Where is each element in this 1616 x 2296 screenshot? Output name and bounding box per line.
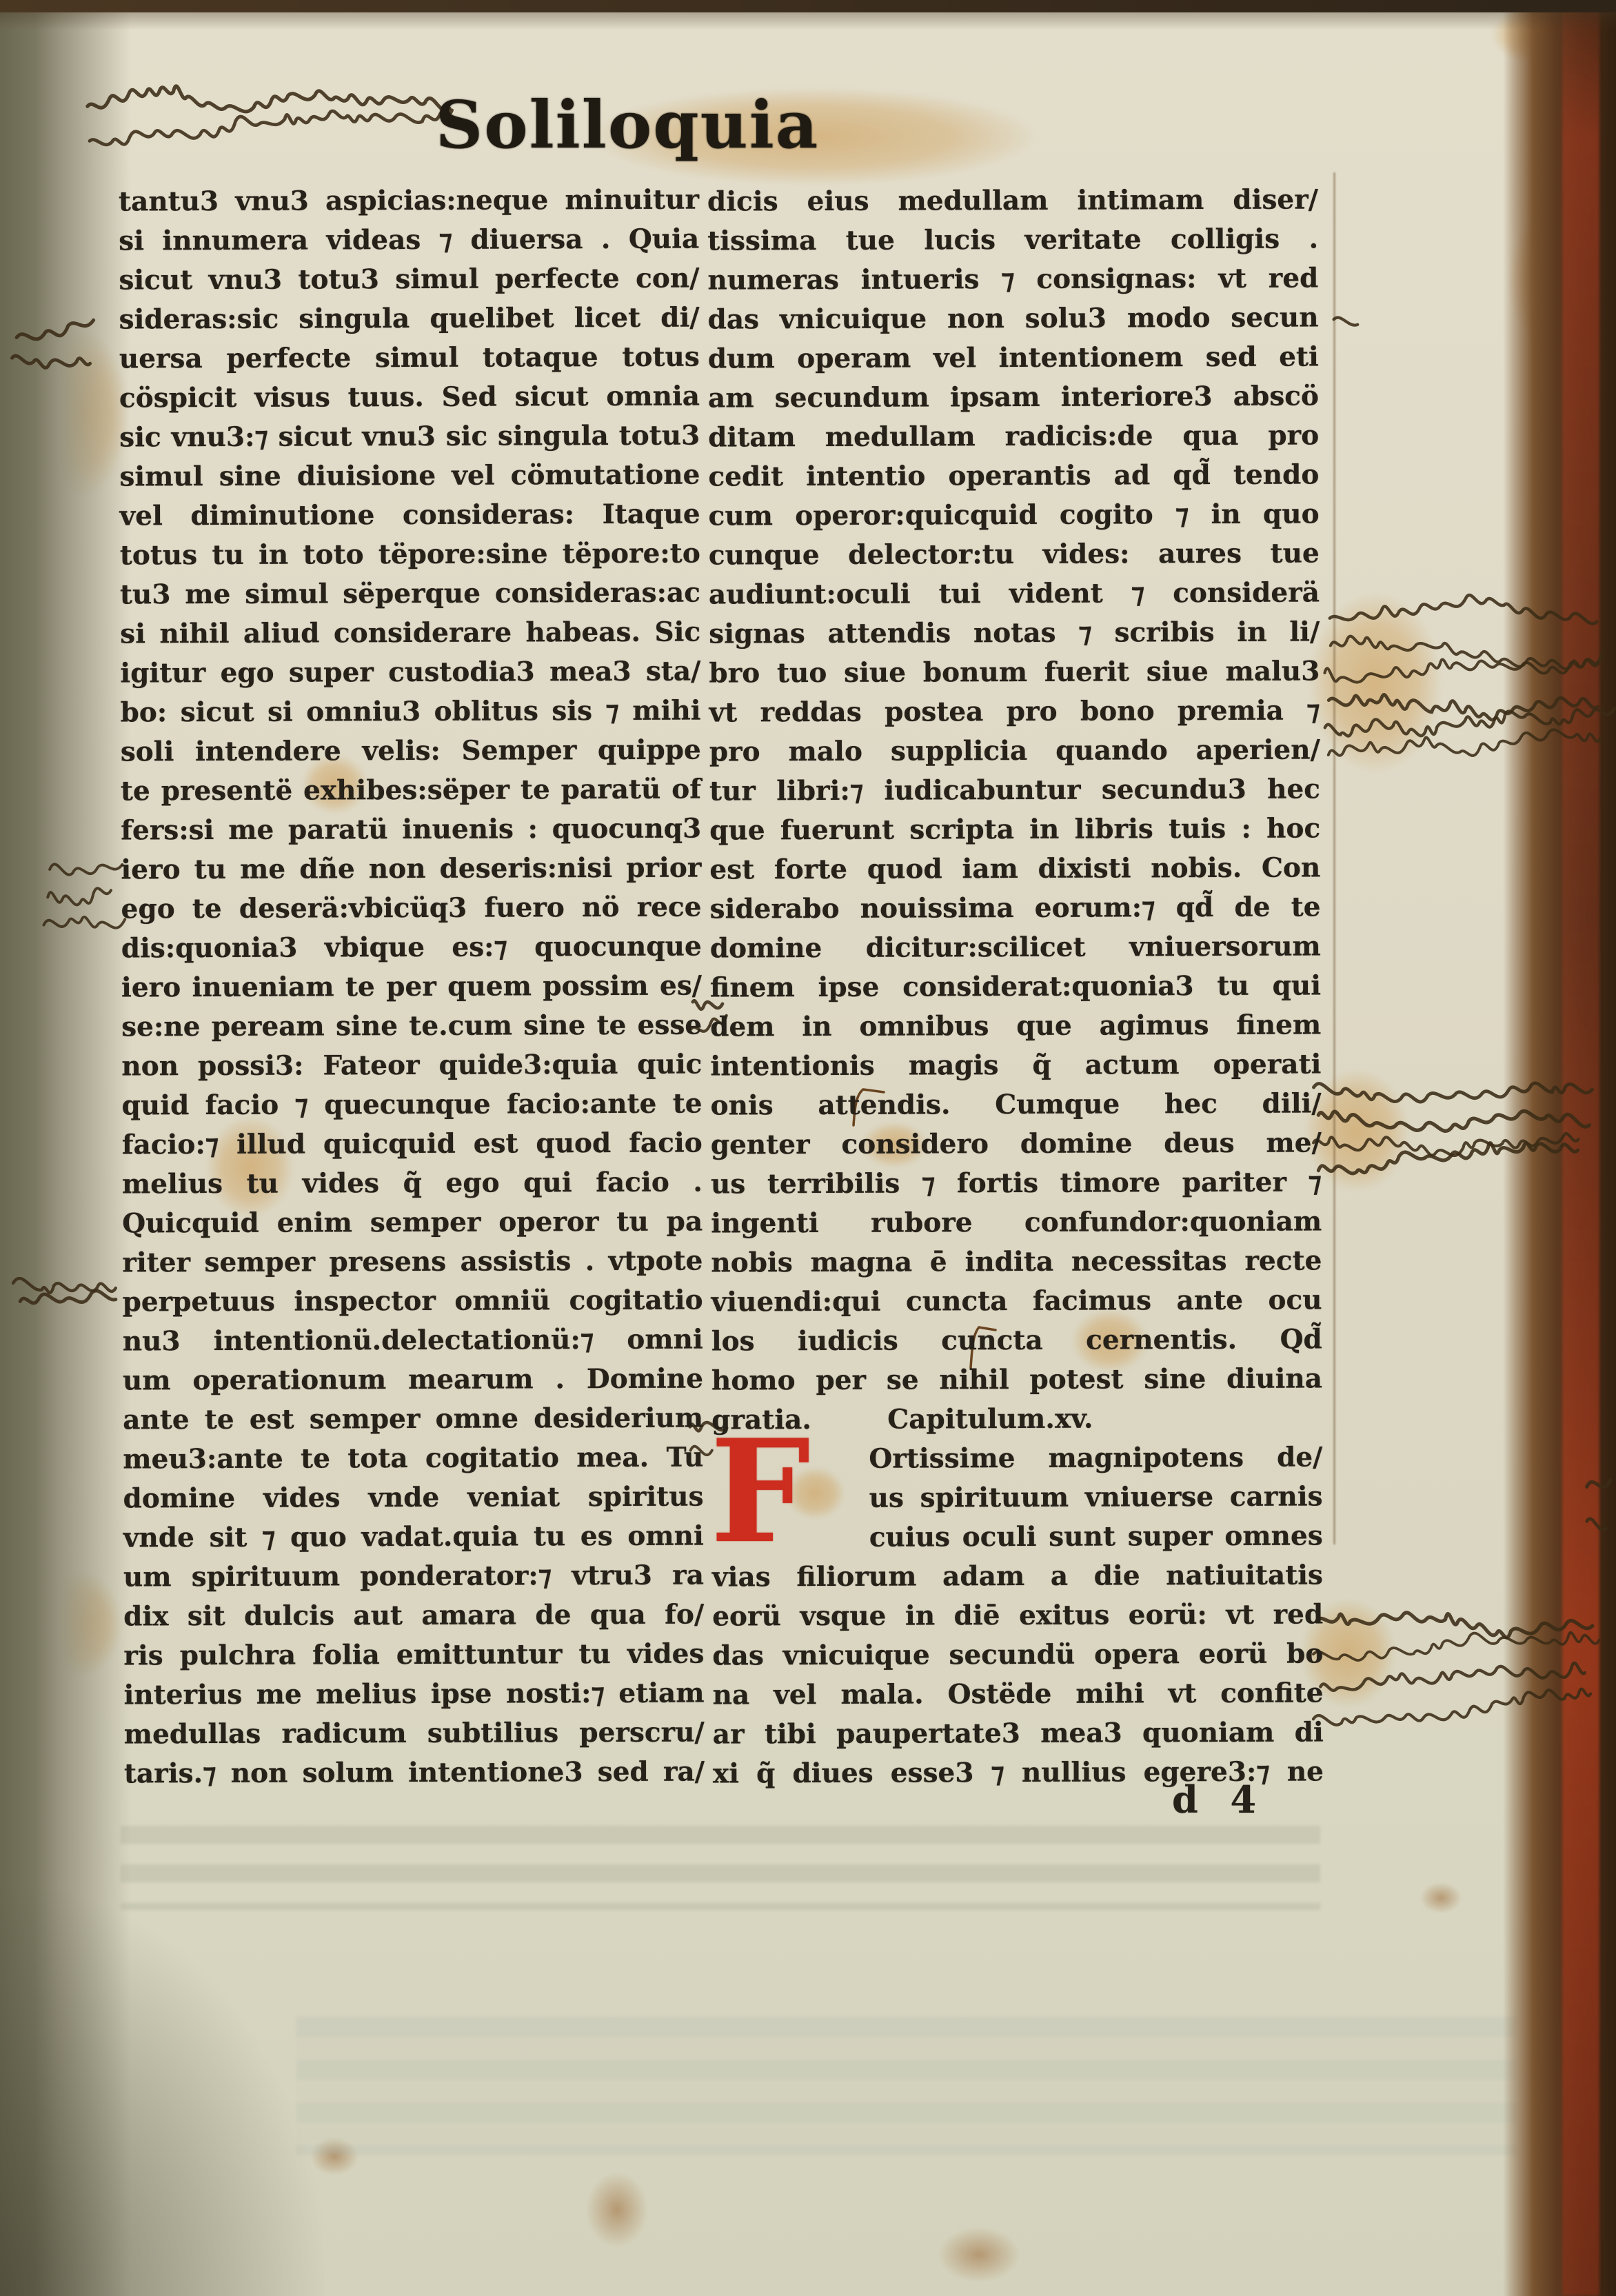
foxing-speck (1420, 1882, 1462, 1913)
text-line: ego te deserä:vbicüq3 fuero nö rece (121, 892, 702, 933)
signature-mark: d 4 (1172, 1778, 1266, 1822)
margin-mark-left-1 (6, 323, 92, 371)
show-through-band (296, 2017, 1517, 2155)
text-line: tantu3 vnu3 aspicias:neque minuitur (119, 184, 699, 225)
text-line: taris.⁊ non solum intentione3 sed ra/ (124, 1756, 705, 1797)
text-line: quid facio ⁊ quecunque facio:ante te (121, 1088, 702, 1129)
margin-flourish (1577, 1462, 1612, 1543)
text-line: si innumera videas ⁊ diuersa . Quia (119, 223, 699, 265)
text-line: totus tu in toto tëpore:sine tëpore:to (120, 538, 700, 579)
left-column: tantu3 vnu3 aspicias:neque minuitursi in… (119, 184, 705, 1797)
text-line: medullas radicum subtilius perscru/ (124, 1717, 705, 1758)
chapter-initial: F (710, 1429, 855, 1567)
text-line: iero inueniam te per quem possim es/ (121, 970, 702, 1011)
text-line: cedit intentio operantis ad qd̃ tendo (708, 459, 1319, 500)
text-line: meu3:ante te tota cogitatio mea. Tu (123, 1442, 703, 1483)
text-line: audiunt:oculi tui vident ⁊ considerä (709, 576, 1320, 618)
text-line: perpetuus inspector omniü cogitatio (122, 1285, 703, 1326)
text-line: te presentë exhibes:sëper te paratü of (121, 774, 701, 815)
text-line: que fuerunt scripta in libris tuis : hoc (709, 812, 1320, 854)
text-line: am secundum ipsam interiore3 abscö (708, 380, 1319, 421)
text-line: facio:⁊ illud quicquid est quod facio (122, 1127, 703, 1169)
text-line: non possi3: Fateor quide3:quia quic (121, 1049, 702, 1090)
right-column-lines: dicis eius medullam intimam diser/tissim… (707, 183, 1322, 1404)
margin-note-right-2 (1309, 1067, 1588, 1188)
text-line: est forte quod iam dixisti nobis. Con (709, 852, 1320, 893)
text-line: dicis eius medullam intimam diser/ (707, 183, 1318, 225)
text-line: genter considero domine deus me/ (711, 1127, 1322, 1168)
text-line: si nihil aliud considerare habeas. Sic (120, 616, 700, 658)
page-top-edge (0, 0, 1616, 12)
text-line: das vnicuique non solu3 modo secun (708, 301, 1319, 343)
text-line: domine dicitur:scilicet vniuersorum (710, 930, 1321, 971)
text-line: ditam medullam radicis:de qua pro (708, 419, 1319, 461)
text-line: uersa perfecte simul totaque totus (119, 341, 700, 383)
text-line: pro malo supplicia quando aperien/ (709, 734, 1320, 775)
page-top-shadow (0, 12, 1616, 30)
foxing-speck (586, 2172, 648, 2248)
text-line: interius me melius ipse nosti:⁊ etiam (123, 1678, 704, 1719)
text-line: cunque delector:tu vides: aures tue (709, 537, 1320, 578)
text-line: vel diminutione consideras: Itaque (120, 499, 700, 540)
text-line: um operationum mearum . Domine (123, 1363, 703, 1404)
margin-mark-left-3 (8, 1270, 112, 1313)
text-line: igitur ego super custodia3 mea3 sta/ (120, 656, 700, 697)
text-line: vnde sit ⁊ quo vadat.quia tu es omni (123, 1520, 704, 1562)
page-title: Soliloquia (434, 87, 820, 163)
text-line: ris pulchra folia emittuntur tu vides (123, 1638, 704, 1680)
text-line: bro tuo siue bonum fuerit siue malu3 (709, 655, 1320, 696)
text-line: das vnicuique secundü opera eorü bo (712, 1638, 1323, 1679)
left-column-lines: tantu3 vnu3 aspicias:neque minuitursi in… (119, 184, 705, 1797)
text-line: tur libri:⁊ iudicabuntur secundu3 hec (709, 773, 1320, 814)
leaf-edge-line (1333, 172, 1335, 1544)
text-line: finem ipse considerat:quonia3 tu qui (710, 969, 1321, 1011)
margin-flourish (1322, 295, 1351, 341)
text-line: numeras intueris ⁊ consignas: vt red (707, 262, 1318, 303)
text-line: Quicquid enim semper operor tu pa (122, 1206, 703, 1247)
text-line: signas attendis notas ⁊ scribis in li/ (709, 616, 1320, 657)
bottom-left-shadow (0, 1889, 324, 2296)
text-line: dum operam vel intentionem sed eti (708, 341, 1319, 382)
text-line: fers:si me paratü inuenis : quocunq3 (121, 813, 701, 854)
text-line: sic vnu3:⁊ sicut vnu3 sic singula totu3 (119, 420, 700, 461)
text-line: iero tu me dñe non deseris:nisi prior (121, 852, 701, 894)
text-line: nu3 intentionü.delectationü:⁊ omni (123, 1324, 703, 1365)
text-line: viuendi:qui cuncta facimus ante ocu (711, 1284, 1322, 1325)
margin-mark-left-2 (38, 849, 115, 943)
text-line: homo per se nihil potest sine diuina (711, 1362, 1322, 1404)
foxing-speck (938, 2227, 1020, 2282)
text-line: dis:quonia3 vbique es:⁊ quocunque (121, 931, 702, 972)
margin-note-right-3 (1309, 1598, 1595, 1740)
margin-note-right-1 (1320, 598, 1606, 772)
right-column-lines: vias filiorum adam a die natiuitatiseorü… (712, 1559, 1324, 1797)
text-line: ar tibi paupertate3 mea3 quoniam di (713, 1716, 1324, 1758)
text-line: se:ne peream sine te.cum sine te esse (121, 1009, 702, 1051)
text-line: um spirituum ponderator:⁊ vtru3 ra (123, 1560, 704, 1601)
text-line: ingenti rubore confundor:quoniam (711, 1205, 1322, 1247)
text-line: cöspicit visus tuus. Sed sicut omnia (119, 381, 700, 422)
text-line: simul sine diuisione vel cömutatione (119, 459, 700, 501)
text-line: ante te est semper omne desiderium (123, 1402, 703, 1444)
text-line: vt reddas postea pro bono premia ⁊ (709, 694, 1320, 736)
text-line: tu3 me simul sëperque consideras:ac (120, 577, 700, 618)
text-line: tissima tue lucis veritate colligis . (707, 223, 1318, 264)
text-line: na vel mala. Ostëde mihi vt confite (712, 1677, 1323, 1718)
text-line: los iudicis cuncta cernentis. Qd̃ (711, 1323, 1322, 1364)
text-line: dix sit dulcis aut amara de qua fo/ (123, 1599, 704, 1640)
chapter-heading: Capitulum.xv. (887, 1403, 1093, 1436)
book-page: Soliloquia tantu3 vnu3 aspicias:neque mi… (0, 0, 1616, 2296)
text-line: siderabo nouissima eorum:⁊ qd̃ de te (710, 891, 1321, 932)
text-line: nobis magna ē indita necessitas recte (711, 1245, 1322, 1286)
text-line: sicut vnu3 totu3 simul perfecte con/ (119, 263, 699, 304)
text-line: soli intendere velis: Semper quippe (121, 734, 701, 776)
header-handwritten-note (79, 81, 455, 163)
text-line: melius tu vides q̃ ego qui facio . (122, 1167, 703, 1208)
text-line: bo: sicut si omniu3 oblitus sis ⁊ mihi (121, 695, 701, 736)
text-line: dem in omnibus que agimus finem (710, 1009, 1321, 1050)
text-line: cum operor:quicquid cogito ⁊ in quo (709, 498, 1320, 539)
text-line: domine vides vnde veniat spiritus (123, 1481, 703, 1522)
text-line: us terribilis ⁊ fortis timore pariter ⁊ (711, 1166, 1322, 1207)
text-line: intentionis magis q̃ actum operati (710, 1048, 1321, 1089)
text-line: sideras:sic singula quelibet licet di/ (119, 302, 700, 343)
text-line: onis attendis. Cumque hec dili/ (711, 1087, 1322, 1129)
text-line: eorü vsque in diē exitus eorü: vt red (712, 1598, 1323, 1640)
text-line: riter semper presens assistis . vtpote (122, 1245, 703, 1287)
